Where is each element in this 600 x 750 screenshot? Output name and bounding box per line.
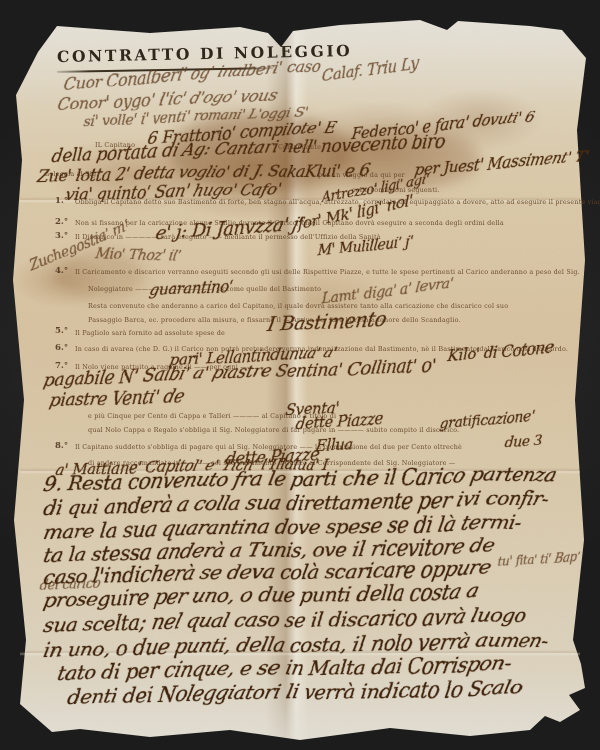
printed-line: Il Pagliolo sarà fornito ad assolute spe…: [75, 329, 225, 337]
handwritten-annotation: I Bastimento: [266, 309, 389, 335]
photo-background: CONTRATTO DI NOLEGGIO IL Capitano Comand…: [0, 0, 600, 750]
handwritten-annotation: Mio' Thoz' il': [94, 245, 183, 264]
handwritten-annotation: piastre Venti' de: [48, 388, 186, 410]
printed-line: Il Caricamento e discarico verranno eseg…: [75, 268, 580, 276]
clause-number: 3.°: [55, 231, 68, 241]
handwritten-annotation: via' quinto' San' hugo' Cafo': [64, 180, 283, 203]
printed-line: Resta convenuto che anderanno a carico d…: [88, 302, 508, 310]
clause-number: 2.°: [55, 217, 68, 227]
handwritten-annotation: guarantino': [148, 277, 235, 298]
clause-number: 5.°: [55, 326, 68, 336]
clause-number: 6.°: [55, 343, 68, 353]
handwritten-annotation: due 3: [504, 432, 544, 450]
clause-number: 4.°: [55, 266, 68, 276]
clause-number: 8.°: [55, 441, 68, 451]
printed-line: qual Nolo Cappa e Regalo s'obbliga il Si…: [88, 426, 459, 434]
